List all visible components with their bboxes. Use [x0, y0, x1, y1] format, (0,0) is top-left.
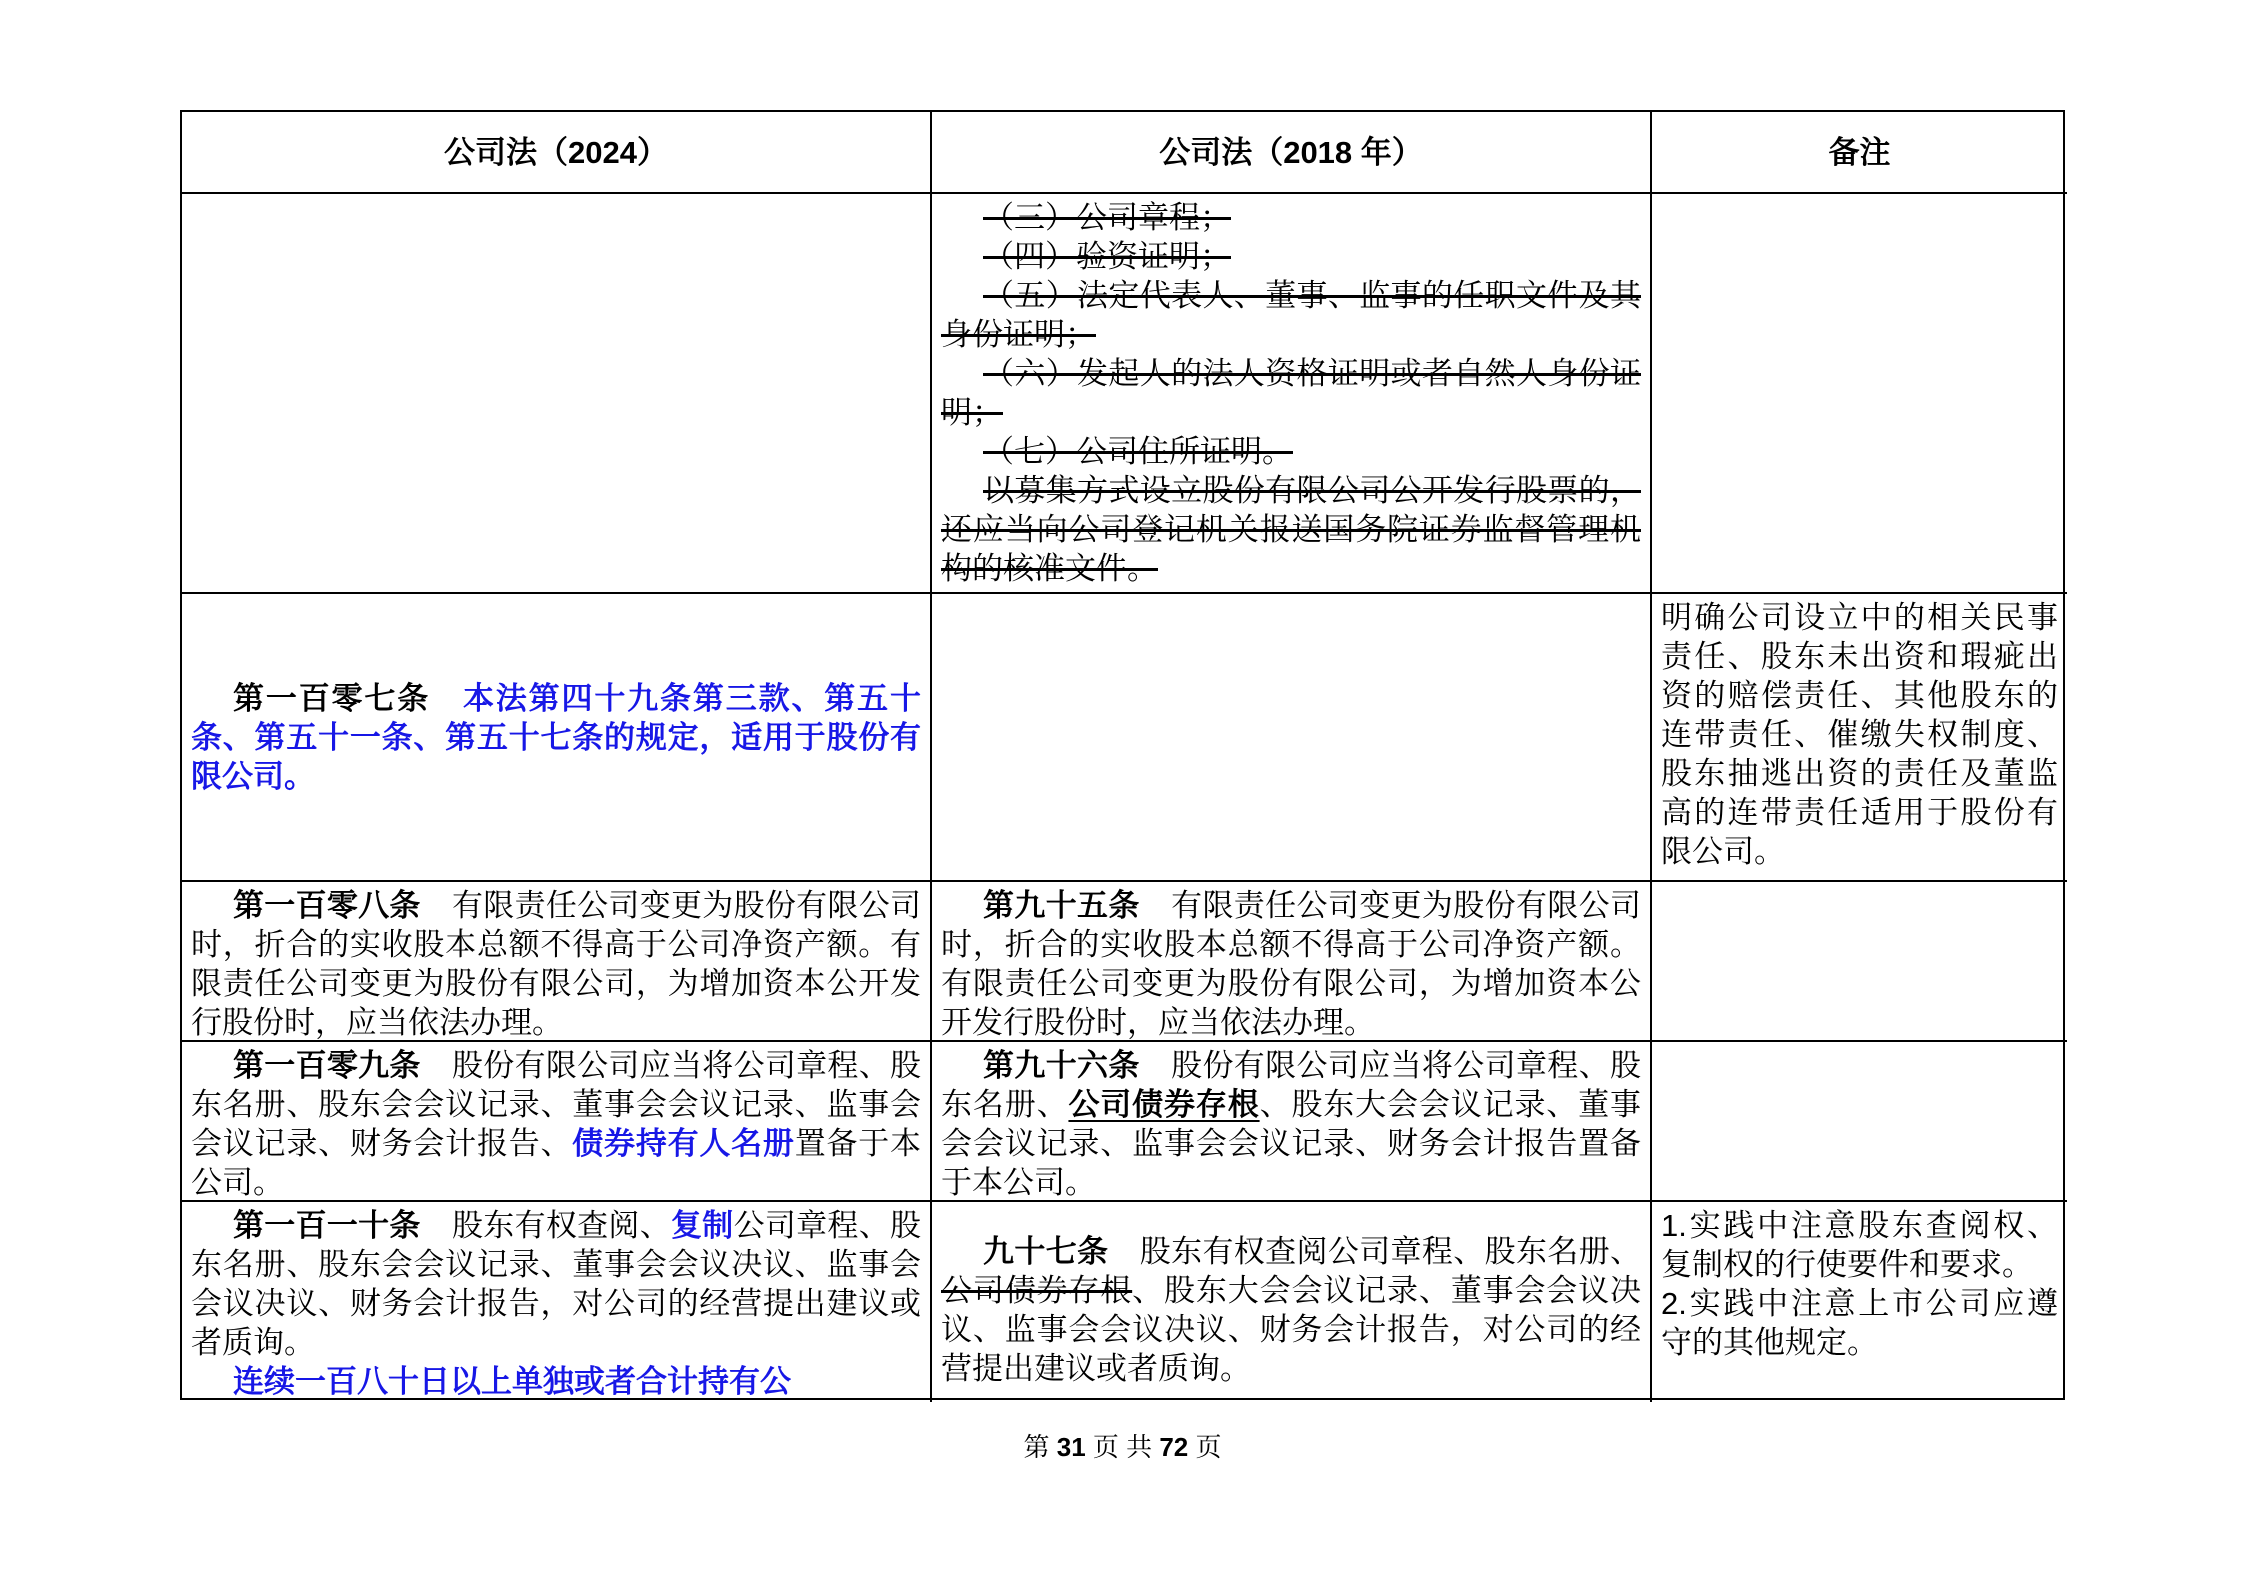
cell-r2-law2024: 第一百零七条 本法第四十九条第三款、第五十条、第五十一条、第五十七条的规定，适用… — [182, 594, 932, 882]
cell-r4-law2018: 第九十六条 股份有限公司应当将公司章程、股东名册、公司债券存根、股东大会会议记录… — [932, 1042, 1652, 1202]
cell-r5-law2024: 第一百一十条 股东有权查阅、复制公司章程、股东名册、股东会会议记录、董事会会议决… — [182, 1202, 932, 1402]
header-law-2018: 公司法（2018 年） — [932, 112, 1652, 194]
paragraph: 第一百零八条 有限责任公司变更为股份有限公司时，折合的实收股本总额不得高于公司净… — [191, 886, 921, 1042]
paragraph: 以募集方式设立股份有限公司公开发行股票的，还应当向公司登记机关报送国务院证券监督… — [941, 471, 1641, 588]
comparison-table: 公司法（2024） 公司法（2018 年） 备注 （三）公司章程；（四）验资证明… — [180, 110, 2065, 1400]
paragraph: 第九十五条 有限责任公司变更为股份有限公司时，折合的实收股本总额不得高于公司净资… — [941, 886, 1641, 1042]
paragraph: （四）验资证明； — [941, 237, 1641, 276]
cell-r2-law2018 — [932, 594, 1652, 882]
header-law-2024: 公司法（2024） — [182, 112, 932, 194]
paragraph: 第 31 页 共 72 页 — [0, 1430, 2245, 1464]
page-number: 第 31 页 共 72 页 — [0, 1430, 2245, 1464]
cell-r1-law2018: （三）公司章程；（四）验资证明；（五）法定代表人、董事、监事的任职文件及其身份证… — [932, 194, 1652, 594]
cell-r4-law2024: 第一百零九条 股份有限公司应当将公司章程、股东名册、股东会会议记录、董事会会议记… — [182, 1042, 932, 1202]
cell-r1-law2024 — [182, 194, 932, 594]
cell-r4-notes — [1652, 1042, 2067, 1202]
paragraph: 第一百零七条 本法第四十九条第三款、第五十条、第五十一条、第五十七条的规定，适用… — [191, 679, 921, 796]
cell-r3-law2018: 第九十五条 有限责任公司变更为股份有限公司时，折合的实收股本总额不得高于公司净资… — [932, 882, 1652, 1042]
paragraph: 九十七条 股东有权查阅公司章程、股东名册、公司债券存根、股东大会会议记录、董事会… — [941, 1232, 1641, 1388]
cell-r5-law2018: 九十七条 股东有权查阅公司章程、股东名册、公司债券存根、股东大会会议记录、董事会… — [932, 1202, 1652, 1402]
paragraph: （五）法定代表人、董事、监事的任职文件及其身份证明； — [941, 276, 1641, 354]
cell-r3-law2024: 第一百零八条 有限责任公司变更为股份有限公司时，折合的实收股本总额不得高于公司净… — [182, 882, 932, 1042]
header-notes: 备注 — [1652, 112, 2067, 194]
paragraph: （六）发起人的法人资格证明或者自然人身份证明； — [941, 354, 1641, 432]
paragraph: 连续一百八十日以上单独或者合计持有公 — [191, 1362, 921, 1401]
paragraph: 第九十六条 股份有限公司应当将公司章程、股东名册、公司债券存根、股东大会会议记录… — [941, 1046, 1641, 1202]
paragraph: （三）公司章程； — [941, 198, 1641, 237]
document-page: 公司法（2024） 公司法（2018 年） 备注 （三）公司章程；（四）验资证明… — [0, 0, 2245, 1587]
cell-r1-notes — [1652, 194, 2067, 594]
cell-r5-notes: 1.实践中注意股东查阅权、复制权的行使要件和要求。2.实践中注意上市公司应遵守的… — [1652, 1202, 2067, 1402]
cell-r3-notes — [1652, 882, 2067, 1042]
paragraph: （七）公司住所证明。 — [941, 432, 1641, 471]
paragraph: 第一百一十条 股东有权查阅、复制公司章程、股东名册、股东会会议记录、董事会会议决… — [191, 1206, 921, 1362]
cell-r2-notes: 明确公司设立中的相关民事责任、股东未出资和瑕疵出资的赔偿责任、其他股东的连带责任… — [1652, 594, 2067, 882]
paragraph: 明确公司设立中的相关民事责任、股东未出资和瑕疵出资的赔偿责任、其他股东的连带责任… — [1661, 598, 2058, 871]
paragraph: 第一百零九条 股份有限公司应当将公司章程、股东名册、股东会会议记录、董事会会议记… — [191, 1046, 921, 1202]
paragraph: 2.实践中注意上市公司应遵守的其他规定。 — [1661, 1284, 2058, 1362]
paragraph: 1.实践中注意股东查阅权、复制权的行使要件和要求。 — [1661, 1206, 2058, 1284]
